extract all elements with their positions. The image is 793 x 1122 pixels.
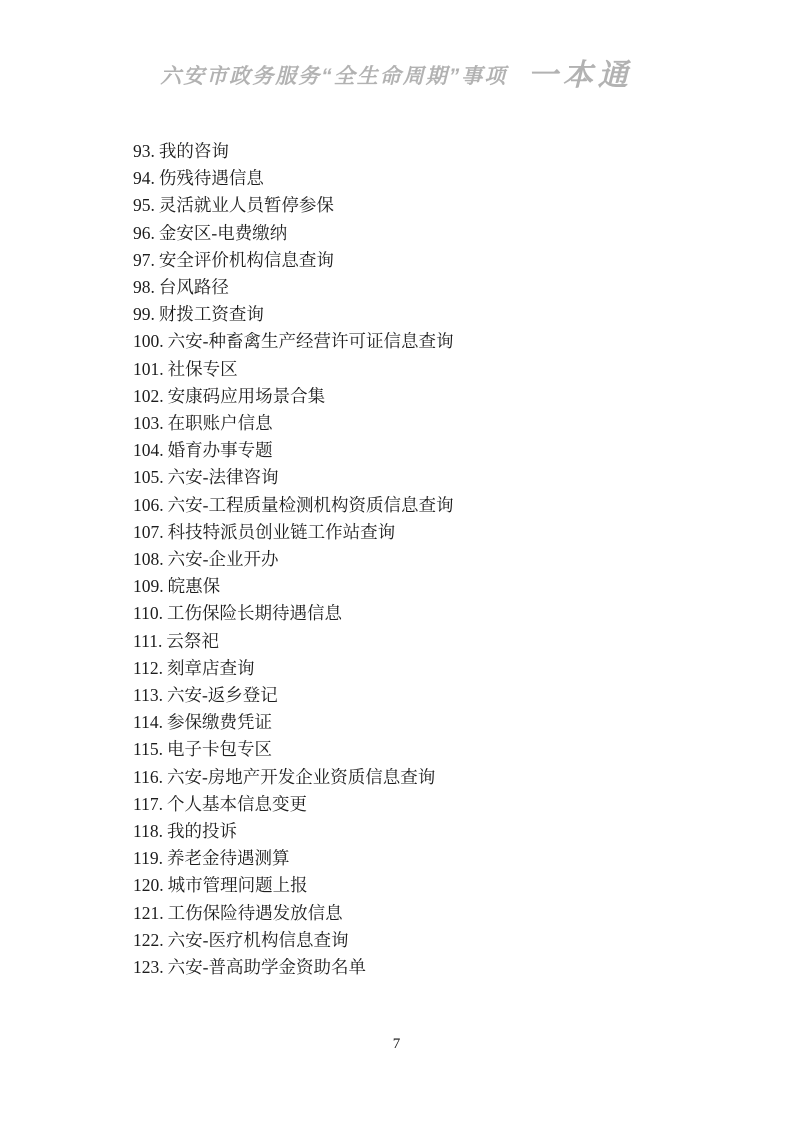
item-number: 105. (133, 467, 164, 487)
item-title: 伤残待遇信息 (159, 168, 264, 188)
list-item: 107.科技特派员创业链工作站查询 (133, 519, 453, 546)
service-list: 93.我的咨询94.伤残待遇信息95.灵活就业人员暂停参保96.金安区-电费缴纳… (133, 138, 453, 981)
item-number: 103. (133, 413, 164, 433)
list-item: 98.台风路径 (133, 274, 453, 301)
item-number: 120. (133, 875, 164, 895)
item-number: 107. (133, 522, 164, 542)
item-title: 台风路径 (159, 277, 229, 297)
item-number: 109. (133, 576, 164, 596)
list-item: 93.我的咨询 (133, 138, 453, 165)
item-title: 我的投诉 (167, 821, 237, 841)
item-number: 111. (133, 631, 162, 651)
item-title: 城市管理问题上报 (168, 875, 308, 895)
item-title: 安全评价机构信息查询 (159, 250, 334, 270)
item-title: 六安-普高助学金资助名单 (168, 957, 366, 977)
list-item: 102.安康码应用场景合集 (133, 383, 453, 410)
item-title: 六安-返乡登记 (167, 685, 278, 705)
list-item: 94.伤残待遇信息 (133, 165, 453, 192)
list-item: 115.电子卡包专区 (133, 736, 453, 763)
document-header: 六安市政务服务“全生命周期”事项 一本通 (0, 50, 793, 94)
item-title: 皖惠保 (168, 576, 221, 596)
item-title: 安康码应用场景合集 (168, 386, 326, 406)
list-item: 121.工伤保险待遇发放信息 (133, 900, 453, 927)
item-number: 122. (133, 930, 164, 950)
item-title: 云祭祀 (166, 631, 219, 651)
item-title: 工伤保险长期待遇信息 (167, 603, 342, 623)
list-item: 123.六安-普高助学金资助名单 (133, 954, 453, 981)
list-item: 109.皖惠保 (133, 573, 453, 600)
item-number: 106. (133, 495, 164, 515)
item-title: 六安-法律咨询 (168, 467, 279, 487)
item-number: 115. (133, 739, 163, 759)
item-number: 97. (133, 250, 155, 270)
list-item: 97.安全评价机构信息查询 (133, 247, 453, 274)
item-number: 123. (133, 957, 164, 977)
list-item: 116.六安-房地产开发企业资质信息查询 (133, 764, 453, 791)
item-number: 121. (133, 903, 164, 923)
list-item: 117.个人基本信息变更 (133, 791, 453, 818)
list-item: 118.我的投诉 (133, 818, 453, 845)
list-item: 106.六安-工程质量检测机构资质信息查询 (133, 492, 453, 519)
item-title: 养老金待遇测算 (167, 848, 290, 868)
item-title: 科技特派员创业链工作站查询 (168, 522, 396, 542)
item-number: 119. (133, 848, 163, 868)
list-item: 122.六安-医疗机构信息查询 (133, 927, 453, 954)
list-item: 113.六安-返乡登记 (133, 682, 453, 709)
item-number: 114. (133, 712, 163, 732)
list-item: 95.灵活就业人员暂停参保 (133, 192, 453, 219)
item-title: 六安-企业开办 (168, 549, 279, 569)
item-number: 108. (133, 549, 164, 569)
header-logo-text: 一本通 (528, 59, 633, 92)
item-number: 101. (133, 359, 164, 379)
item-number: 96. (133, 223, 155, 243)
list-item: 99.财拨工资查询 (133, 301, 453, 328)
item-title: 六安-工程质量检测机构资质信息查询 (168, 495, 454, 515)
item-number: 102. (133, 386, 164, 406)
list-item: 110.工伤保险长期待遇信息 (133, 600, 453, 627)
list-item: 108.六安-企业开办 (133, 546, 453, 573)
list-item: 119.养老金待遇测算 (133, 845, 453, 872)
item-title: 参保缴费凭证 (167, 712, 272, 732)
item-number: 98. (133, 277, 155, 297)
item-number: 112. (133, 658, 163, 678)
item-number: 95. (133, 195, 155, 215)
item-title: 六安-房地产开发企业资质信息查询 (167, 767, 435, 787)
list-item: 114.参保缴费凭证 (133, 709, 453, 736)
item-title: 金安区-电费缴纳 (159, 223, 287, 243)
list-item: 96.金安区-电费缴纳 (133, 220, 453, 247)
item-title: 六安-种畜禽生产经营许可证信息查询 (168, 331, 454, 351)
list-item: 103.在职账户信息 (133, 410, 453, 437)
item-title: 灵活就业人员暂停参保 (159, 195, 334, 215)
item-title: 工伤保险待遇发放信息 (168, 903, 343, 923)
item-number: 99. (133, 304, 155, 324)
item-title: 电子卡包专区 (167, 739, 272, 759)
item-title: 在职账户信息 (168, 413, 273, 433)
item-title: 我的咨询 (159, 141, 229, 161)
list-item: 100.六安-种畜禽生产经营许可证信息查询 (133, 328, 453, 355)
item-number: 117. (133, 794, 163, 814)
item-number: 100. (133, 331, 164, 351)
list-item: 104.婚育办事专题 (133, 437, 453, 464)
list-item: 101.社保专区 (133, 356, 453, 383)
item-title: 财拨工资查询 (159, 304, 264, 324)
item-title: 刻章店查询 (167, 658, 255, 678)
page-number: 7 (393, 1036, 401, 1052)
item-number: 94. (133, 168, 155, 188)
item-number: 104. (133, 440, 164, 460)
item-number: 93. (133, 141, 155, 161)
item-number: 116. (133, 767, 163, 787)
item-title: 婚育办事专题 (168, 440, 273, 460)
item-title: 个人基本信息变更 (167, 794, 307, 814)
item-title: 六安-医疗机构信息查询 (168, 930, 349, 950)
item-number: 110. (133, 603, 163, 623)
list-item: 112.刻章店查询 (133, 655, 453, 682)
list-item: 111.云祭祀 (133, 628, 453, 655)
list-item: 120.城市管理问题上报 (133, 872, 453, 899)
item-number: 113. (133, 685, 163, 705)
page-footer: 7 (0, 1036, 793, 1053)
item-number: 118. (133, 821, 163, 841)
document-page: 六安市政务服务“全生命周期”事项 一本通 93.我的咨询94.伤残待遇信息95.… (0, 0, 793, 1122)
item-title: 社保专区 (168, 359, 238, 379)
list-item: 105.六安-法律咨询 (133, 464, 453, 491)
header-title: 六安市政务服务“全生命周期”事项 (160, 65, 507, 88)
